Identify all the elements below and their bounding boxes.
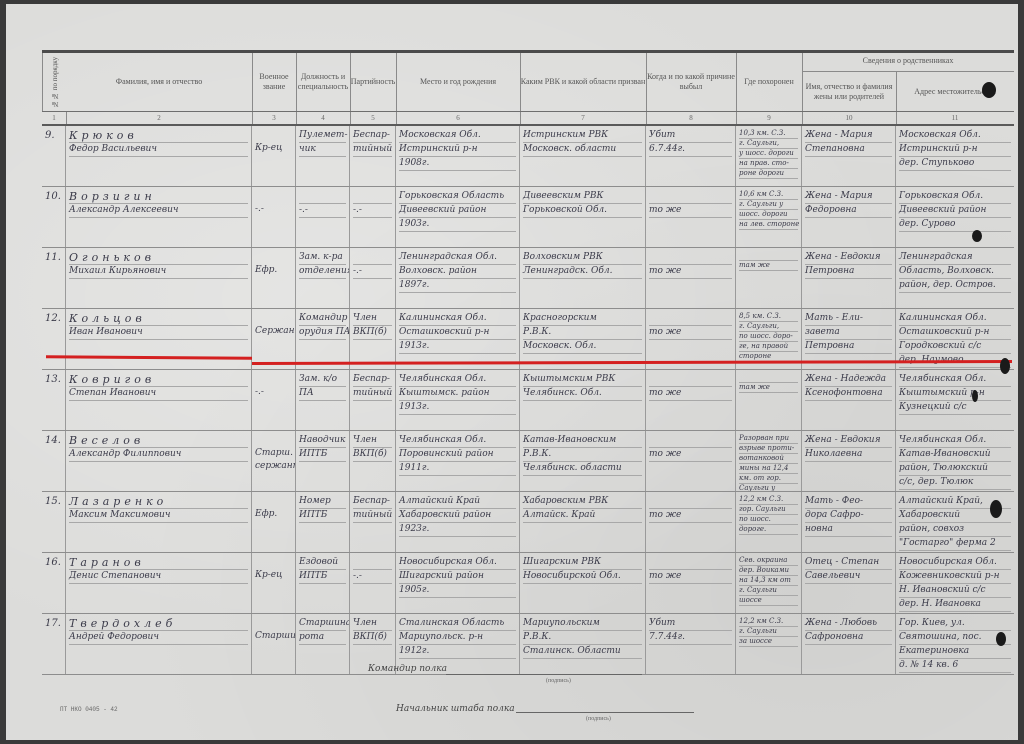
address-line: Область, Волховск. <box>899 265 1011 279</box>
relative-line: Жена - Мария <box>805 129 892 143</box>
rvk-line: Ленинградск. Обл. <box>523 265 642 279</box>
buried-line: за шоссе <box>739 637 798 647</box>
address-line: Кожевниковский р-н <box>899 570 1011 584</box>
relative-line: Отец - Степан <box>805 556 892 570</box>
surname: Лазаренко <box>69 495 248 509</box>
surname: Огоньков <box>69 251 248 265</box>
buried-line: гор. Саульги <box>739 505 798 515</box>
post-line: орудия ПА <box>299 326 346 340</box>
address-line: Городковский с/с <box>899 340 1011 354</box>
relative-line: Жена - Мария <box>805 190 892 204</box>
military-rank: -.- <box>252 370 296 430</box>
address-line: Московская Обл. <box>899 129 1011 143</box>
col-num: 9 <box>736 112 803 124</box>
soldier-name: Таранов Денис Степанович <box>66 553 252 613</box>
row-number: 16. <box>42 553 66 613</box>
buried-line: мины на 12,4 <box>739 464 798 474</box>
when-line: то же <box>649 570 732 584</box>
first-patronymic: Денис Степанович <box>69 570 248 584</box>
rvk-line: Мариупольским <box>523 617 642 631</box>
chief-of-staff-label: Начальник штаба полка <box>396 704 515 714</box>
military-rank: Старшина <box>252 614 296 674</box>
buried-line: дер. Воиками <box>739 566 798 576</box>
buried-line: шосс. дороги <box>739 210 798 220</box>
rvk-line: Московск. области <box>523 143 642 157</box>
rvk-line: Хабаровским РВК <box>523 495 642 509</box>
address-line: Истринский р-н <box>899 143 1011 157</box>
ink-blot <box>990 500 1002 518</box>
address-line: Дивеевский район <box>899 204 1011 218</box>
relative-line: Мать - Ели- <box>805 312 892 326</box>
party-line: -.- <box>353 204 392 218</box>
party: Беспар-тийный <box>350 370 396 430</box>
relative-name: Жена - МарияСтепановна <box>802 126 896 186</box>
post-line: отделения <box>299 265 346 279</box>
military-rank: Ефр. <box>252 248 296 308</box>
address-line: "Гостарго" ферма 2 <box>899 537 1011 551</box>
buried-line: шоссе <box>739 596 798 606</box>
birth-line: Московская Обл. <box>399 129 516 143</box>
relative-name: Жена - ЛюбовьСафроновна <box>802 614 896 674</box>
burial-place: Разорван привзрыве проти-вотанковоймины … <box>736 431 802 491</box>
party-line: -.- <box>353 265 392 279</box>
burial-place: 10,3 км. С.З.г. Саульги,у шосс. дорогина… <box>736 126 802 186</box>
party-line: ВКП(б) <box>353 631 392 645</box>
when-line <box>649 251 732 265</box>
table-row: 16. Таранов Денис Степанович Кр-ец Ездов… <box>42 553 1014 614</box>
col-num: 2 <box>66 112 253 124</box>
surname: Ковригов <box>69 373 248 387</box>
row-number: 17. <box>42 614 66 674</box>
birth-line: 1908г. <box>399 157 516 171</box>
soldier-name: Ковригов Степан Иванович <box>66 370 252 430</box>
when-why-left: то же <box>646 248 736 308</box>
post-line: Наводчик <box>299 434 346 448</box>
chief-signature-line <box>516 712 694 713</box>
soldier-name: Огоньков Михаил Кирьянович <box>66 248 252 308</box>
birth-line: Шигарский район <box>399 570 516 584</box>
col-num: 8 <box>646 112 737 124</box>
birth-place-year: Алтайский КрайХабаровский район1923г. <box>396 492 520 552</box>
buried-line: Сев. окраина <box>739 556 798 566</box>
military-rank: Ефр. <box>252 492 296 552</box>
drafted-by: Кыштымским РВКЧелябинск. Обл. <box>520 370 646 430</box>
address-line: Горьковская Обл. <box>899 190 1011 204</box>
rvk-line: Красногорским <box>523 312 642 326</box>
drafted-by: Шигарским РВКНовосибирской Обл. <box>520 553 646 613</box>
birth-line: Новосибирская Обл. <box>399 556 516 570</box>
buried-line: г. Саульги <box>739 627 798 637</box>
post-line: ИПТБ <box>299 448 346 462</box>
relative-line: Федоровна <box>805 204 892 218</box>
chief-signature-caption: (подпись) <box>586 716 611 722</box>
address-line: Челябинская Обл. <box>899 434 1011 448</box>
buried-line: на прав. сто- <box>739 159 798 169</box>
header-col-rvk: Каким РВК и какой области призван <box>520 53 647 111</box>
first-patronymic: Максим Максимович <box>69 509 248 523</box>
address-line: Гор. Киев, ул. <box>899 617 1011 631</box>
post-line: -.- <box>299 204 346 218</box>
birth-line: 1903г. <box>399 218 516 232</box>
soldier-name: Веселов Александр Филиппович <box>66 431 252 491</box>
table-row: 17. Твердохлеб Андрей Федорович Старшина… <box>42 614 1014 675</box>
relative-name: Жена - ЕвдокияПетровна <box>802 248 896 308</box>
birth-line: Ленинградская Обл. <box>399 251 516 265</box>
address-line: д. № 14 кв. 6 <box>899 659 1011 673</box>
header-col-post: Должность и специальность <box>296 53 351 111</box>
rvk-line: Истринским РВК <box>523 129 642 143</box>
relative-line: Жена - Любовь <box>805 617 892 631</box>
rvk-line: Катав-Ивановским <box>523 434 642 448</box>
table-header: №№ по порядку Фамилия, имя и отчество Во… <box>42 53 1014 112</box>
col-num: 1 <box>42 112 67 124</box>
birth-line: 1911г. <box>399 462 516 476</box>
relative-address: Новосибирская Обл.Кожевниковский р-нН. И… <box>896 553 1014 613</box>
address-line: район, Тюлюкский <box>899 462 1011 476</box>
row-number: 10. <box>42 187 66 247</box>
party: Беспар-тийный <box>350 492 396 552</box>
buried-line: Саульги у <box>739 484 798 491</box>
buried-line: на 14,3 км от <box>739 576 798 586</box>
buried-line: км. от гор. <box>739 474 798 484</box>
relative-line: Жена - Евдокия <box>805 251 892 265</box>
when-line <box>649 373 732 387</box>
buried-line: дороге. <box>739 525 798 535</box>
relative-line: Сафроновна <box>805 631 892 645</box>
rvk-line: Шигарским РВК <box>523 556 642 570</box>
ink-blot <box>982 82 996 98</box>
birth-line: Истринский р-н <box>399 143 516 157</box>
rvk-line: Сталинск. Области <box>523 645 642 659</box>
soldier-name: Твердохлеб Андрей Федорович <box>66 614 252 674</box>
birth-place-year: Челябинская Обл.Поровинский район1911г. <box>396 431 520 491</box>
relative-line: Петровна <box>805 265 892 279</box>
relative-line: Жена - Евдокия <box>805 434 892 448</box>
ink-blot <box>972 390 978 402</box>
row-number: 15. <box>42 492 66 552</box>
address-line: дер. Ступьково <box>899 157 1011 171</box>
birth-line: Мариупольск. р-н <box>399 631 516 645</box>
party: -.- <box>350 553 396 613</box>
military-rank: Сержант <box>252 309 296 369</box>
when-line: Убит <box>649 129 732 143</box>
military-rank: -.- <box>252 187 296 247</box>
burial-place: 10,6 км С.З.г. Саульги ушосс. дорогина л… <box>736 187 802 247</box>
rvk-line: Р.В.К. <box>523 326 642 340</box>
soldier-name: Кольцов Иван Иванович <box>66 309 252 369</box>
when-why-left: то же <box>646 431 736 491</box>
first-patronymic: Степан Иванович <box>69 387 248 401</box>
when-why-left: то же <box>646 553 736 613</box>
party-line: ВКП(б) <box>353 448 392 462</box>
party-line <box>353 556 392 570</box>
surname: Кольцов <box>69 312 248 326</box>
birth-line: Горьковская Область <box>399 190 516 204</box>
address-line: Кыштымский р-н <box>899 387 1011 401</box>
buried-line: г. Саульги <box>739 586 798 596</box>
col-num: 6 <box>396 112 521 124</box>
relative-address: ЛенинградскаяОбласть, Волховск.район, де… <box>896 248 1014 308</box>
when-line: то же <box>649 326 732 340</box>
party-line: Член <box>353 312 392 326</box>
party-line: тийный <box>353 509 392 523</box>
buried-line: вотанковой <box>739 454 798 464</box>
birth-line: Кыштымск. район <box>399 387 516 401</box>
party-line <box>353 251 392 265</box>
first-patronymic: Михаил Кирьянович <box>69 265 248 279</box>
address-line: район, дер. Остров. <box>899 279 1011 293</box>
birth-line: Осташковский р-н <box>399 326 516 340</box>
col-num: 7 <box>520 112 647 124</box>
header-col-birth: Место и год рождения <box>396 53 521 111</box>
when-why-left: Убит6.7.44г. <box>646 126 736 186</box>
rvk-line: Горьковской Обл. <box>523 204 642 218</box>
buried-line: 10,6 км С.З. <box>739 190 798 200</box>
table-body: 9. Крюков Федор Васильевич Кр-ец Пулемет… <box>42 126 1014 675</box>
soldier-name: Лазаренко Максим Максимович <box>66 492 252 552</box>
buried-line: 12,2 км С.З. <box>739 617 798 627</box>
form-code: ПТ НКО 0405 - 42 <box>60 706 118 713</box>
post-line: Зам. к/о <box>299 373 346 387</box>
birth-place-year: Ленинградская Обл.Волховск. район1897г. <box>396 248 520 308</box>
birth-line: Челябинская Обл. <box>399 373 516 387</box>
birth-line: 1923г. <box>399 523 516 537</box>
header-col-rank: Военное звание <box>252 53 297 111</box>
buried-line: г. Саульги, <box>739 322 798 332</box>
post-line: Командир <box>299 312 346 326</box>
post-line: Ездовой <box>299 556 346 570</box>
drafted-by: Волховским РВКЛенинградск. Обл. <box>520 248 646 308</box>
rvk-line: Р.В.К. <box>523 631 642 645</box>
birth-line: Поровинский район <box>399 448 516 462</box>
col-num: 5 <box>350 112 397 124</box>
commander-signature-caption: (подпись) <box>546 678 571 684</box>
surname: Твердохлеб <box>69 617 248 631</box>
burial-place: 12,2 км С.З.гор. Саульгипо шосс.дороге. <box>736 492 802 552</box>
relative-address: Горьковская Обл.Дивеевский райондер. Сур… <box>896 187 1014 247</box>
birth-line: Волховск. район <box>399 265 516 279</box>
birth-line: 1897г. <box>399 279 516 293</box>
relative-address: Челябинская Обл.Катав-Ивановскийрайон, Т… <box>896 431 1014 491</box>
burial-place: Сев. окраинадер. Воикамина 14,3 км отг. … <box>736 553 802 613</box>
table-row: 15. Лазаренко Максим Максимович Ефр. Ном… <box>42 492 1014 553</box>
relative-line: Николаевна <box>805 448 892 462</box>
relative-line: новна <box>805 523 892 537</box>
position: -.- <box>296 187 350 247</box>
burial-place: 12,2 км С.З.г. Саульгиза шоссе <box>736 614 802 674</box>
position: Пулемет-чик <box>296 126 350 186</box>
party-line: Член <box>353 617 392 631</box>
party-line: Беспар- <box>353 373 392 387</box>
buried-line <box>739 251 798 261</box>
header-col-buried: Где похоронен <box>736 53 803 111</box>
relative-line: Савельевич <box>805 570 892 584</box>
position: Старшинарота <box>296 614 350 674</box>
buried-line: по шосс. доро- <box>739 332 798 342</box>
ink-blot <box>972 230 982 242</box>
relative-line: Петровна <box>805 340 892 354</box>
party-line: ВКП(б) <box>353 326 392 340</box>
relative-line: Ксенофонтовна <box>805 387 892 401</box>
when-line: то же <box>649 204 732 218</box>
relative-address: Московская Обл.Истринский р-ндер. Ступьк… <box>896 126 1014 186</box>
rvk-line: Московск. Обл. <box>523 340 642 354</box>
when-why-left: то же <box>646 370 736 430</box>
relative-line: Мать - Фео- <box>805 495 892 509</box>
when-line: Убит <box>649 617 732 631</box>
party-line: Член <box>353 434 392 448</box>
party: -.- <box>350 248 396 308</box>
col-num: 10 <box>802 112 897 124</box>
buried-line: 8,5 км. С.З. <box>739 312 798 322</box>
party-line <box>353 190 392 204</box>
table-row: 9. Крюков Федор Васильевич Кр-ец Пулемет… <box>42 126 1014 187</box>
header-col-when: Когда и по какой причине выбыл <box>646 53 737 111</box>
buried-line: там же <box>739 261 798 271</box>
birth-line: Хабаровский район <box>399 509 516 523</box>
table-row: 14. Веселов Александр Филиппович Старш. … <box>42 431 1014 492</box>
when-line: 7.7.44г. <box>649 631 732 645</box>
col-num: 4 <box>296 112 351 124</box>
relative-name: Жена - МарияФедоровна <box>802 187 896 247</box>
buried-line: роне дороги <box>739 169 798 179</box>
birth-line: Челябинская Обл. <box>399 434 516 448</box>
rvk-line: Новосибирской Обл. <box>523 570 642 584</box>
address-line: Катав-Ивановский <box>899 448 1011 462</box>
header-col-address: Адрес местожительства <box>896 72 1014 111</box>
when-line <box>649 434 732 448</box>
address-line: Челябинская Обл. <box>899 373 1011 387</box>
surname: Ворзигин <box>69 190 248 204</box>
table-row: 11. Огоньков Михаил Кирьянович Ефр. Зам.… <box>42 248 1014 309</box>
relatives-group-label: Сведения о родственниках <box>863 56 954 66</box>
party-line: Беспар- <box>353 129 392 143</box>
when-line: то же <box>649 448 732 462</box>
buried-line: ге, на правой <box>739 342 798 352</box>
party: -.- <box>350 187 396 247</box>
rvk-line: Кыштымским РВК <box>523 373 642 387</box>
table-row: 13. Ковригов Степан Иванович -.- Зам. к/… <box>42 370 1014 431</box>
row-number: 14. <box>42 431 66 491</box>
military-rank: Кр-ец <box>252 126 296 186</box>
military-rank: Кр-ец <box>252 553 296 613</box>
buried-line: на лев. стороне <box>739 220 798 230</box>
relative-line: Жена - Надежда <box>805 373 892 387</box>
address-line: Екатериновка <box>899 645 1011 659</box>
when-line: то же <box>649 265 732 279</box>
position: НомерИПТБ <box>296 492 350 552</box>
rvk-line: Челябинск. Обл. <box>523 387 642 401</box>
rvk-line: Алтайск. Край <box>523 509 642 523</box>
birth-line: 1913г. <box>399 401 516 415</box>
row-number: 12. <box>42 309 66 369</box>
address-line: дер. Н. Ивановка <box>899 598 1011 612</box>
birth-line: Алтайский Край <box>399 495 516 509</box>
birth-line: 1912г. <box>399 645 516 659</box>
first-patronymic: Федор Васильевич <box>69 143 248 157</box>
when-line <box>649 495 732 509</box>
party: ЧленВКП(б) <box>350 309 396 369</box>
row-number: 9. <box>42 126 66 186</box>
relative-name: Жена - НадеждаКсенофонтовна <box>802 370 896 430</box>
buried-line: у шосс. дороги <box>739 149 798 159</box>
post-line: ИПТБ <box>299 570 346 584</box>
military-rank: Старш. сержант <box>252 431 296 491</box>
post-line: ИПТБ <box>299 509 346 523</box>
when-line <box>649 312 732 326</box>
buried-line: там же <box>739 383 798 393</box>
drafted-by: Катав-ИвановскимР.В.К.Челябинск. области <box>520 431 646 491</box>
soldier-name: Ворзигин Александр Алексеевич <box>66 187 252 247</box>
first-patronymic: Андрей Федорович <box>69 631 248 645</box>
post-line: Зам. к-ра <box>299 251 346 265</box>
col-num: 11 <box>896 112 1014 124</box>
drafted-by: Дивеевским РВКГорьковской Обл. <box>520 187 646 247</box>
row-number: 11. <box>42 248 66 308</box>
drafted-by: Истринским РВКМосковск. области <box>520 126 646 186</box>
when-line: 6.7.44г. <box>649 143 732 157</box>
birth-line: Дивеевский район <box>399 204 516 218</box>
column-numbers-row: 1 2 3 4 5 6 7 8 9 10 11 <box>42 112 1014 126</box>
buried-line: г. Саульги, <box>739 139 798 149</box>
document-page: №№ по порядку Фамилия, имя и отчество Во… <box>6 4 1018 740</box>
header-col-name: Фамилия, имя и отчество <box>66 53 253 111</box>
post-line <box>299 190 346 204</box>
drafted-by: КрасногорскимР.В.К.Московск. Обл. <box>520 309 646 369</box>
col-num: 3 <box>252 112 297 124</box>
when-why-left: то же <box>646 187 736 247</box>
when-why-left: Убит7.7.44г. <box>646 614 736 674</box>
party-line: Беспар- <box>353 495 392 509</box>
party-line: тийный <box>353 387 392 401</box>
position: Зам. к-раотделения <box>296 248 350 308</box>
relative-name: Жена - ЕвдокияНиколаевна <box>802 431 896 491</box>
drafted-by: Хабаровским РВКАлтайск. Край <box>520 492 646 552</box>
birth-line: Сталинская Область <box>399 617 516 631</box>
row-number: 13. <box>42 370 66 430</box>
buried-line: по шосс. <box>739 515 798 525</box>
birth-line: 1913г. <box>399 340 516 354</box>
first-patronymic: Александр Алексеевич <box>69 204 248 218</box>
buried-line: г. Саульги у <box>739 200 798 210</box>
buried-line: взрыве проти- <box>739 444 798 454</box>
post-line: Старшина <box>299 617 346 631</box>
surname: Крюков <box>69 129 248 143</box>
address-line: с/с, дер. Тюлюк <box>899 476 1011 490</box>
position: НаводчикИПТБ <box>296 431 350 491</box>
buried-line: Разорван при <box>739 434 798 444</box>
rvk-line: Челябинск. области <box>523 462 642 476</box>
post-line: Номер <box>299 495 346 509</box>
relative-name: Мать - Фео-дора Сафро-новна <box>802 492 896 552</box>
when-line <box>649 190 732 204</box>
post-line: Пулемет- <box>299 129 346 143</box>
address-line: Святошина, пос. <box>899 631 1011 645</box>
relative-name: Отец - СтепанСавельевич <box>802 553 896 613</box>
ink-blot <box>1000 358 1010 374</box>
party-line: -.- <box>353 570 392 584</box>
first-patronymic: Александр Филиппович <box>69 448 248 462</box>
rvk-line: Р.В.К. <box>523 448 642 462</box>
address-line: Калининская Обл. <box>899 312 1011 326</box>
when-line: то же <box>649 387 732 401</box>
position: ЕздовойИПТБ <box>296 553 350 613</box>
birth-line: Калининская Обл. <box>399 312 516 326</box>
party-line: тийный <box>353 143 392 157</box>
commander-signature-line <box>446 674 642 675</box>
address-line: Н. Ивановский с/с <box>899 584 1011 598</box>
birth-place-year: Калининская Обл.Осташковский р-н1913г. <box>396 309 520 369</box>
